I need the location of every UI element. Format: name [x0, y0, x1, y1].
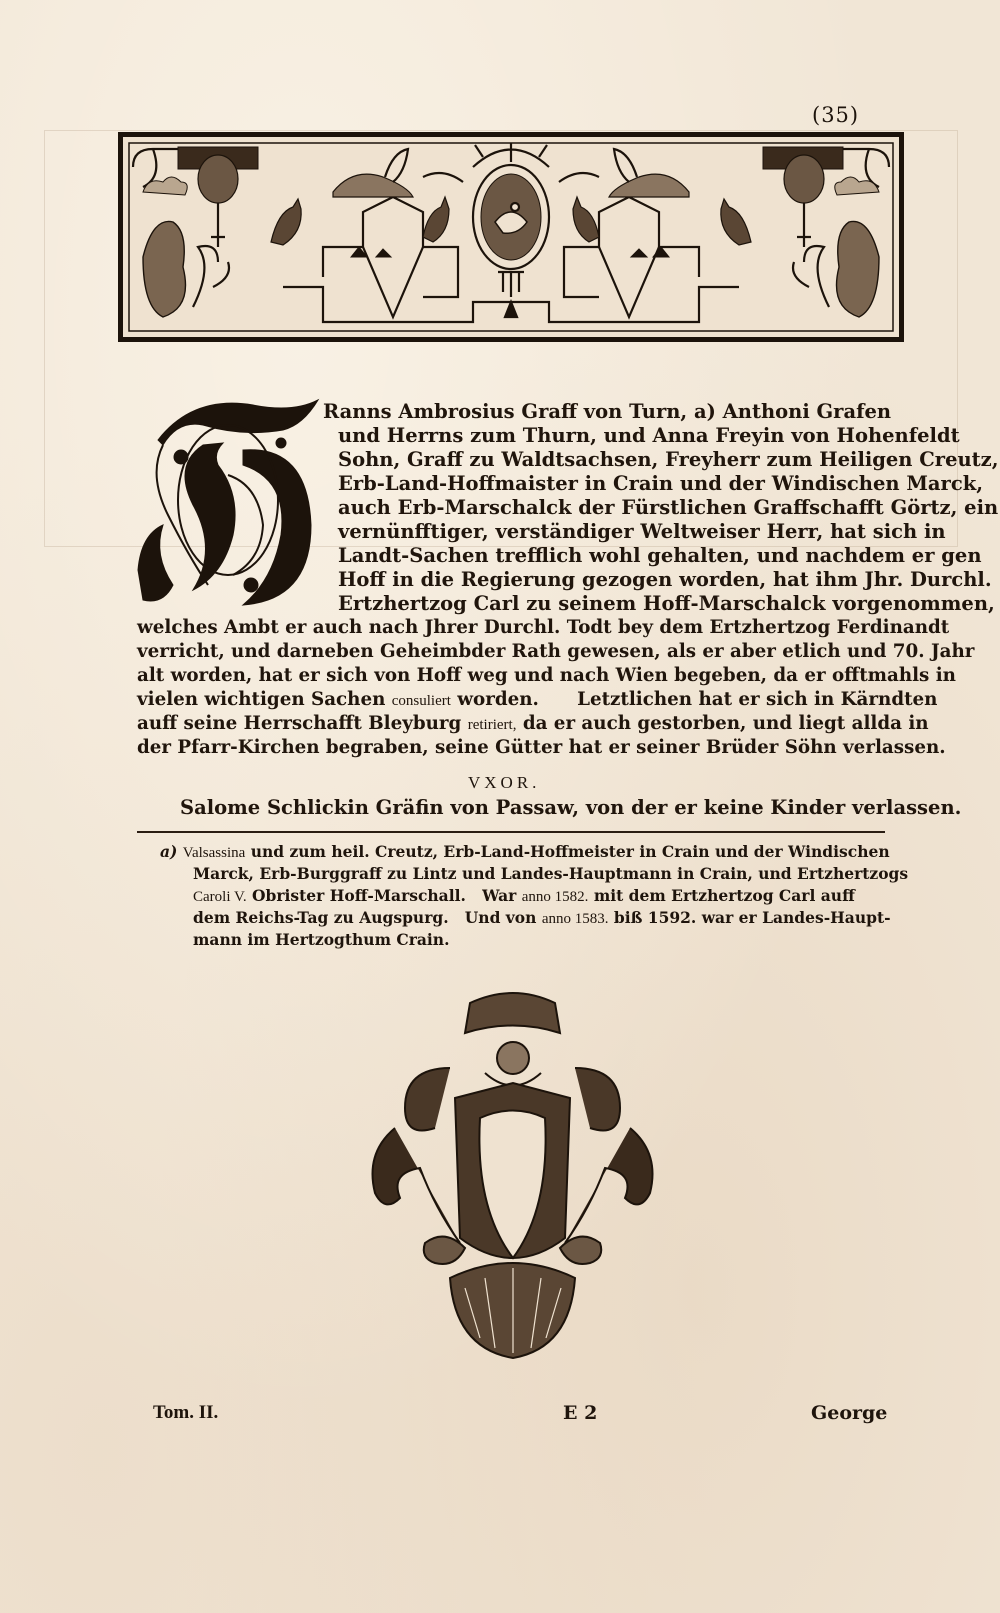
latin-word-valsassina: Valsassina — [183, 845, 246, 861]
uxor-text: Salome Schlickin Gräfin von Passaw, von … — [180, 796, 961, 820]
footnote-line-1: a) Valsassina und zum heil. Creutz, Erb-… — [160, 841, 890, 865]
footnote-divider — [137, 831, 885, 833]
latin-caroli: Caroli V. — [193, 889, 247, 905]
entry-line-14: auff seine Herrschafft Bleyburg retirier… — [137, 712, 929, 737]
entry-line-5: auch Erb-Marschalck der Fürstlichen Graf… — [338, 496, 998, 520]
latin-word-consuliert: consuliert — [392, 693, 451, 709]
uxor-heading: VXOR. — [468, 773, 540, 793]
signature-mark: E 2 — [563, 1402, 597, 1424]
entry-line-13: vielen wichtigen Sachen consuliert worde… — [137, 688, 937, 713]
decorated-initial-letter — [133, 385, 323, 615]
entry-line-7: Landt-Sachen trefflich wohl gehalten, un… — [338, 544, 982, 568]
latin-word-retiriert: retiriert, — [468, 717, 517, 733]
entry-line-4: Erb-Land-Hoffmaister in Crain und der Wi… — [338, 472, 983, 496]
headpiece-woodcut-icon — [123, 137, 899, 337]
entry-line-2: und Herrns zum Thurn, und Anna Freyin vo… — [338, 424, 960, 448]
footnote-line-1-rest: und zum heil. Creutz, Erb-Land-Hoffmeist… — [245, 842, 889, 861]
entry-line-15: der Pfarr-Kirchen begraben, seine Gütter… — [137, 736, 946, 760]
footnote-line-3-a: Obrister Hoff-Marschall. War — [247, 886, 522, 905]
footnote-line-4: dem Reichs-Tag zu Augspurg. Und von anno… — [193, 907, 891, 931]
page-number: (35) — [812, 103, 859, 127]
entry-line-13-part-b: worden. Letztlichen hat er sich in Kärnd… — [451, 689, 938, 710]
entry-line-3: Sohn, Graff zu Waldtsachsen, Freyherr zu… — [338, 448, 999, 472]
entry-line-13-part-a: vielen wichtigen Sachen — [137, 689, 392, 710]
entry-line-1: Ranns Ambrosius Graff von Turn, a) Antho… — [323, 400, 891, 424]
footnote-line-3: Caroli V. Obrister Hoff-Marschall. War a… — [193, 885, 855, 909]
footnote-line-3-b: mit dem Ertzhertzog Carl auff — [588, 886, 854, 905]
footnote-marker: a) — [160, 842, 177, 861]
entry-line-14-part-b: da er auch gestorben, und liegt allda in — [516, 713, 928, 734]
footnote-line-4-b: biß 1592. war er Landes-Haupt- — [608, 908, 890, 927]
entry-line-14-part-a: auff seine Herrschafft Bleyburg — [137, 713, 468, 734]
rococo-cartouche-icon — [365, 978, 660, 1363]
volume-label: Tom. II. — [153, 1402, 218, 1424]
entry-line-10: welches Ambt er auch nach Jhrer Durchl. … — [137, 616, 949, 640]
footnote-anno-1583: anno 1583. — [542, 911, 609, 927]
footnote-anno-1582: anno 1582. — [522, 889, 589, 905]
header-ornament — [118, 132, 904, 342]
entry-line-8: Hoff in die Regierung gezogen worden, ha… — [338, 568, 992, 592]
entry-line-11: verricht, und darneben Geheimbder Rath g… — [137, 640, 974, 664]
entry-line-6: vernünfftiger, verständiger Weltweiser H… — [338, 520, 946, 544]
entry-line-9: Ertzhertzog Carl zu seinem Hoff-Marschal… — [338, 592, 995, 616]
tailpiece-cartouche — [365, 978, 660, 1363]
catchword: George — [811, 1402, 887, 1424]
footnote-line-5: mann im Hertzogthum Crain. — [193, 929, 449, 951]
footnote-line-2: Marck, Erb-Burggraff zu Lintz und Landes… — [193, 863, 908, 885]
initial-f-icon — [133, 385, 323, 615]
entry-line-12: alt worden, hat er sich von Hoff weg und… — [137, 664, 956, 688]
footnote-line-4-a: dem Reichs-Tag zu Augspurg. Und von — [193, 908, 542, 927]
